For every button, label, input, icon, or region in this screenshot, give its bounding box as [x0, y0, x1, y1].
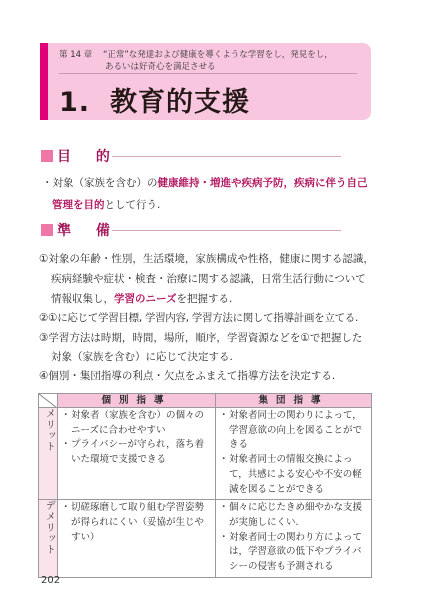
- list-item: ・対象者同士の関わりによって，学習意欲の向上を図ることができる: [219, 409, 368, 453]
- chapter-number: 第 14 章: [59, 49, 103, 61]
- header-group: 集団指導: [216, 394, 372, 408]
- cell-individual-demerit: ・切磋琢磨して取り組む学習姿勢が得られにくい（妥協が生じやすい）: [58, 500, 216, 578]
- table-corner-cell: [39, 394, 58, 408]
- square-bullet-icon: [41, 224, 53, 236]
- row-label-merit: メリット: [39, 408, 58, 500]
- row-label-text: デメリット: [41, 500, 56, 555]
- page-number: 202: [41, 575, 60, 586]
- comparison-table: 個別指導 集団指導 メリット ・対象者（家族を含む）の個々のニーズに合わせやすい…: [38, 393, 372, 578]
- text: を把握する.: [176, 293, 232, 305]
- cell-group-demerit: ・個々に応じたきめ細やかな支援が実施しにくい. ・対象者同士の関わり方によっては…: [216, 500, 372, 578]
- table-header-row: 個別指導 集団指導: [39, 394, 372, 408]
- chapter-heading: 第 14 章“正常”な発達および健康を導くような学習をし，発見をし， あるいは好…: [59, 49, 333, 73]
- text: 情報収集し，: [51, 293, 114, 305]
- chapter-title-line1: “正常”な発達および健康を導くような学習をし，発見をし，: [103, 50, 333, 60]
- prep-item-4: ④個別・集団指導の利点・欠点をふまえて指導方法を決定する.: [39, 367, 335, 386]
- page-title: 1.教育的支援: [59, 80, 250, 119]
- title-number: 1.: [59, 87, 90, 118]
- purpose-line-2: 管理を目的として行う.: [52, 196, 160, 215]
- bullet-text: 切磋琢磨して取り組む学習姿勢が得られにくい（妥協が生じやすい）: [71, 501, 212, 545]
- square-bullet-icon: [41, 150, 53, 162]
- prep-item-3-line-1: ③学習方法は時期，時間，場所，順序，学習資源などを①で把握した: [39, 329, 362, 348]
- bullet-text: 対象者同士の情報交換によって，共感による安心や不安の軽減を図ることができる: [229, 453, 368, 497]
- bullet-text: 対象者同士の関わりによって，学習意欲の向上を図ることができる: [229, 409, 368, 453]
- prep-item-1-line-2: 疾病経験や症状・検査・治療に関する認識，日常生活行動について: [51, 270, 366, 289]
- section-title: 目 的: [57, 146, 120, 166]
- row-label-demerit: デメリット: [39, 500, 58, 578]
- section-divider: [112, 230, 341, 231]
- table-row: デメリット ・切磋琢磨して取り組む学習姿勢が得られにくい（妥協が生じやすい） ・…: [39, 500, 372, 578]
- title-text: 教育的支援: [110, 87, 250, 118]
- prep-item-2: ②①に応じて学習目標, 学習内容, 学習方法に関して指導計画を立てる.: [39, 309, 358, 328]
- table-row: メリット ・対象者（家族を含む）の個々のニーズに合わせやすい ・プライバシーが守…: [39, 408, 372, 500]
- text: ・対象（家族を含む）の: [42, 177, 158, 189]
- list-item: ・プライバシーが守られ，落ち着いた環境で支援できる: [61, 438, 212, 467]
- bullet-text: 対象者（家族を含む）の個々のニーズに合わせやすい: [71, 409, 212, 438]
- list-item: ・対象者（家族を含む）の個々のニーズに合わせやすい: [61, 409, 212, 438]
- chapter-accent-bar: [40, 43, 48, 120]
- bullet-text: プライバシーが守られ，落ち着いた環境で支援できる: [71, 438, 212, 467]
- highlight-text: 学習のニーズ: [114, 293, 176, 305]
- prep-item-3-line-2: 対象（家族を含む）に応じて決定する.: [51, 348, 233, 367]
- list-item: ・対象者同士の情報交換によって，共感による安心や不安の軽減を図ることができる: [219, 453, 368, 497]
- row-label-text: メリット: [41, 408, 56, 452]
- cell-group-merit: ・対象者同士の関わりによって，学習意欲の向上を図ることができる ・対象者同士の情…: [216, 408, 372, 500]
- bullet-text: 対象者同士の関わり方によっては，学習意欲の低下やプライバシーの侵害も予測される: [229, 531, 368, 575]
- bullet-text: 個々に応じたきめ細やかな支援が実施しにくい.: [229, 501, 368, 530]
- list-item: ・切磋琢磨して取り組む学習姿勢が得られにくい（妥協が生じやすい）: [61, 501, 212, 545]
- diagonal-line-icon: [39, 394, 57, 408]
- section-title: 準 備: [57, 220, 120, 240]
- text: として行う.: [105, 199, 161, 211]
- section-preparation-heading: 準 備: [41, 220, 120, 240]
- section-purpose-heading: 目 的: [41, 146, 120, 166]
- cell-individual-merit: ・対象者（家族を含む）の個々のニーズに合わせやすい ・プライバシーが守られ，落ち…: [58, 408, 216, 500]
- prep-item-1-line-3: 情報収集し，学習のニーズを把握する.: [51, 290, 232, 309]
- purpose-line-1: ・対象（家族を含む）の健康維持・増進や疾病予防，疾病に伴う自己: [42, 174, 368, 193]
- header-divider: [59, 73, 357, 74]
- section-divider: [112, 156, 341, 157]
- list-item: ・個々に応じたきめ細やかな支援が実施しにくい.: [219, 501, 368, 530]
- highlight-text: 健康維持・増進や疾病予防，疾病に伴う自己: [158, 177, 368, 189]
- highlight-text: 管理を目的: [52, 199, 105, 211]
- header-individual: 個別指導: [58, 394, 216, 408]
- chapter-title-line2: あるいは好奇心を満足させる: [59, 61, 333, 73]
- prep-item-1-line-1: ①対象の年齢・性別，生活環境，家族構成や性格，健康に関する認識，: [39, 250, 374, 269]
- list-item: ・対象者同士の関わり方によっては，学習意欲の低下やプライバシーの侵害も予測される: [219, 531, 368, 575]
